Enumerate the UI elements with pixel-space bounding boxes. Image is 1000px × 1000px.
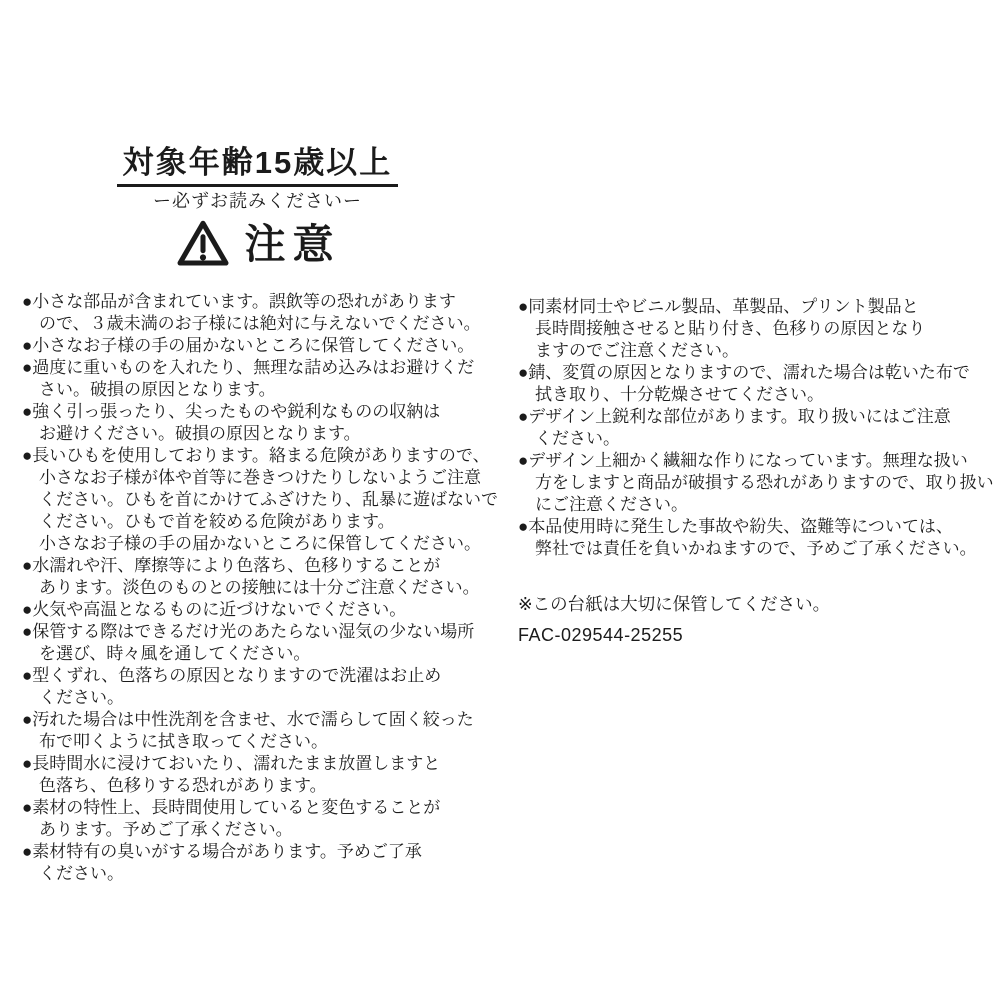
left-column: ●小さな部品が含まれています。誤飲等の恐れがあります ので、３歳未満のお子様には… xyxy=(22,291,504,885)
caution-item: ●保管する際はできるだけ光のあたらない湿気の少ない場所 を選び、時々風を通してく… xyxy=(22,621,504,665)
keep-card-note: ※この台紙は大切に保管してください。 xyxy=(518,593,1000,615)
caution-item: ●デザイン上細かく繊細な作りになっています。無理な扱い 方をしますと商品が破損す… xyxy=(518,450,1000,516)
caution-item: ●長時間水に浸けておいたり、濡れたまま放置しますと 色落ち、色移りする恐れがあり… xyxy=(22,753,504,797)
caution-title: 注意 xyxy=(245,218,341,270)
caution-item: ●汚れた場合は中性洗剤を含ませ、水で濡らして固く絞った 布で叩くように拭き取って… xyxy=(22,709,504,753)
caution-item: ●型くずれ、色落ちの原因となりますので洗濯はお止め ください。 xyxy=(22,665,504,709)
caution-item: ●同素材同士やビニル製品、革製品、プリント製品と 長時間接触させると貼り付き、色… xyxy=(518,296,1000,362)
footer: ※この台紙は大切に保管してください。 FAC-029544-25255 xyxy=(518,593,1000,646)
caution-heading: 注意 xyxy=(25,218,490,270)
product-code: FAC-029544-25255 xyxy=(518,624,1000,646)
must-read-note: ー必ずお読みくださいー xyxy=(25,191,490,211)
caution-item: ●火気や高温となるものに近づけないでください。 xyxy=(22,599,504,621)
age-restriction-label: 対象年齢15歳以上 xyxy=(117,144,398,187)
caution-item: ●デザイン上鋭利な部位があります。取り扱いにはご注意 ください。 xyxy=(518,406,1000,450)
right-column: ●同素材同士やビニル製品、革製品、プリント製品と 長時間接触させると貼り付き、色… xyxy=(518,296,1000,646)
caution-item: ●本品使用時に発生した事故や紛失、盗難等については、 弊社では責任を負いかねます… xyxy=(518,516,1000,560)
caution-item: ●小さなお子様の手の届かないところに保管してください。 xyxy=(22,335,504,357)
caution-item: ●素材の特性上、長時間使用していると変色することが あります。予めご了承ください… xyxy=(22,797,504,841)
caution-item: ●錆、変質の原因となりますので、濡れた場合は乾いた布で 拭き取り、十分乾燥させて… xyxy=(518,362,1000,406)
caution-item: ●強く引っ張ったり、尖ったものや鋭利なものの収納は お避けください。破損の原因と… xyxy=(22,401,504,445)
caution-item: ●長いひもを使用しております。絡まる危険がありますので、 小さなお子様が体や首等… xyxy=(22,445,504,555)
caution-item: ●小さな部品が含まれています。誤飲等の恐れがあります ので、３歳未満のお子様には… xyxy=(22,291,504,335)
caution-card: 対象年齢15歳以上 ー必ずお読みくださいー 注意 ●小さな部品が含まれています。… xyxy=(0,0,1000,1000)
caution-item: ●素材特有の臭いがする場合があります。予めご了承 ください。 xyxy=(22,841,504,885)
warning-triangle-icon xyxy=(175,218,231,270)
caution-item: ●過度に重いものを入れたり、無理な詰め込みはお避けくだ さい。破損の原因となりま… xyxy=(22,357,504,401)
header: 対象年齢15歳以上 ー必ずお読みくださいー 注意 xyxy=(25,144,490,270)
caution-item: ●水濡れや汗、摩擦等により色落ち、色移りすることが あります。淡色のものとの接触… xyxy=(22,555,504,599)
